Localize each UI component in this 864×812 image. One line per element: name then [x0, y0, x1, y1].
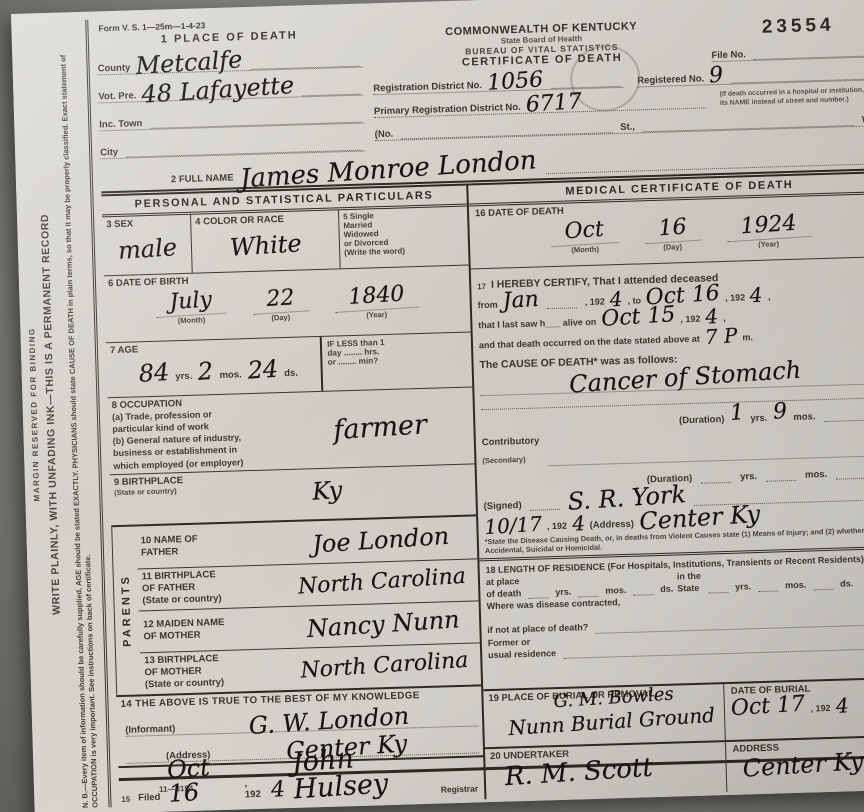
parents-vertical-label: PARENTS	[111, 526, 141, 695]
in-state-label: in the State	[677, 570, 702, 595]
year-digit: 4	[571, 513, 585, 534]
date-of-death-values: Oct (Month) 16 (Day) 1924 (Year)	[475, 211, 864, 257]
month-caption: (Month)	[178, 315, 206, 325]
date-of-birth-values: July (Month) 22 (Day) 1840 (Year)	[108, 283, 466, 328]
yrs-caption: yrs.	[175, 371, 192, 382]
certificate-form: Form V. S. 1—25m—1-4-23 1 PLACE OF DEATH…	[85, 0, 864, 807]
contributory-labels: Contributory (Secondary)	[481, 430, 540, 468]
blank-line	[813, 587, 833, 591]
primary-district-label: Primary Registration District No.	[374, 102, 521, 117]
sex-cell: 3 SEX male	[102, 215, 192, 276]
blank-line	[302, 92, 360, 97]
at-place-label: at place of death	[486, 575, 522, 600]
full-name-label: 2 FULL NAME	[171, 172, 234, 185]
year-printed: , 192	[725, 291, 745, 304]
city-label: City	[100, 147, 118, 159]
occupation-value-area: farmer	[333, 390, 471, 466]
former-residence-label: Former or usual residence	[488, 635, 557, 661]
occurred-time-value: 7 P	[704, 325, 738, 347]
filed-year-written: 4	[270, 779, 285, 802]
father-name-value: Joe London	[288, 522, 473, 558]
signed-address-label: (Address)	[590, 519, 635, 531]
birth-year-value: 1840	[333, 283, 418, 313]
age-values: 84 yrs. 2 mos. 24 ds.	[138, 356, 317, 385]
death-month-value: Oct	[550, 218, 619, 247]
birthplace-labels: 9 BIRTHPLACE (State or country)	[114, 475, 184, 523]
day-caption: (Day)	[663, 242, 682, 252]
day-caption: (Day)	[271, 313, 290, 323]
age-years-value: 84	[138, 360, 170, 386]
attended-from-value: Jan	[502, 289, 539, 313]
filed-year-printed: , 192	[244, 778, 263, 801]
year-printed: , 192	[810, 702, 830, 715]
birthplace-caption: (State or country)	[114, 486, 183, 497]
year-caption: (Year)	[758, 239, 779, 249]
father-birthplace-label: 11 BIRTHPLACE OF FATHER (State or countr…	[142, 567, 291, 607]
father-birthplace-value: North Carolina	[289, 566, 474, 600]
scanned-document: MARGIN RESERVED FOR BINDING WRITE PLAINL…	[0, 0, 864, 812]
sex-color-marital-row: 3 SEX male 4 COLOR OR RACE White 5 Singl…	[102, 207, 468, 277]
burial-place-value: Nunn Burial Ground	[508, 705, 716, 738]
occupation-labels: 8 OCCUPATION (a) Trade, profession or pa…	[111, 394, 334, 472]
age-days-value: 24	[247, 357, 279, 383]
undertaker-address-cell: ADDRESS Center Ky	[725, 736, 864, 791]
death-day-value: 16	[643, 216, 700, 245]
date-of-burial-line: Oct 17 , 192 4	[731, 692, 864, 717]
state-header-block: COMMONWEALTH OF KENTUCKY State Board of …	[372, 11, 864, 151]
street-label: St.,	[620, 122, 635, 133]
yrs-caption: yrs.	[735, 581, 751, 594]
month-caption: (Month)	[571, 245, 599, 255]
yrs-caption: yrs.	[740, 471, 757, 482]
county-label: County	[97, 62, 130, 74]
certificate-paper: MARGIN RESERVED FOR BINDING WRITE PLAINL…	[11, 0, 864, 812]
birthplace-value: Ky	[312, 478, 343, 504]
signed-date-value: 10/17	[484, 513, 543, 537]
mother-name-label: 12 MAIDEN NAME OF MOTHER	[143, 615, 292, 643]
certificate-table: PERSONAL AND STATISTICAL PARTICULARS 3 S…	[101, 168, 864, 781]
age-values-cell: 7 AGE 84 yrs. 2 mos. 24 ds.	[106, 337, 322, 397]
precinct-label: Vot. Pre.	[98, 90, 136, 102]
mos-caption: mos.	[605, 584, 626, 597]
occupation-value: farmer	[333, 412, 428, 445]
from-label: from	[478, 299, 498, 312]
father-name-label: 10 NAME OF FATHER	[140, 531, 289, 559]
year-digit: 4	[835, 695, 849, 716]
blank-line	[708, 590, 728, 594]
sex-value: male	[117, 235, 177, 263]
birthplace-value-area: Ky	[183, 474, 472, 521]
year-caption: (Year)	[366, 310, 387, 320]
marital-status-cell: 5 Single Married Widowed or Divorced (Wr…	[338, 207, 469, 269]
blank-line	[401, 130, 612, 139]
ds-caption: ds.	[840, 577, 853, 590]
hospital-instruction-note: (If death occurred in a hospital or inst…	[720, 86, 864, 108]
occupation-row: 8 OCCUPATION (a) Trade, profession or pa…	[107, 387, 474, 474]
death-month: Oct (Month)	[551, 219, 619, 255]
parents-block: PARENTS 10 NAME OF FATHER Joe London 11 …	[111, 516, 481, 697]
if-less-than-day-cell: IF LESS than 1 day ........ hrs. or ....…	[320, 332, 472, 390]
filed-date-value: Oct 16	[166, 753, 238, 805]
year-printed: , 192	[680, 313, 700, 326]
informant-label: (Informant)	[125, 723, 175, 735]
ds-caption: ds.	[284, 368, 298, 379]
filed-number: 15	[121, 794, 130, 803]
place-of-death-block: 1 PLACE OF DEATH County Metcalfe Vot. Pr…	[97, 27, 366, 160]
mother-birthplace-value: North Carolina	[292, 649, 477, 683]
signed-label: (Signed)	[484, 500, 522, 512]
color-race-value: White	[229, 231, 302, 260]
registered-no-line: Registered No. 9	[637, 60, 864, 87]
comma: ,	[768, 290, 771, 302]
duration-years-value: 1	[730, 402, 745, 425]
birth-month: July (Month)	[155, 290, 226, 326]
mos-caption: mos.	[219, 369, 242, 381]
date-of-birth-row: 6 DATE OF BIRTH July (Month) 22 (Day)	[104, 266, 471, 344]
medical-column: MEDICAL CERTIFICATE OF DEATH 16 DATE OF …	[468, 173, 864, 799]
blank-line	[126, 148, 362, 158]
duration-months-value: 9	[773, 401, 788, 424]
blank-line	[754, 53, 864, 60]
sex-label: 3 SEX	[106, 217, 186, 230]
birth-day: 22 (Day)	[252, 287, 309, 323]
file-no-label: File No.	[711, 49, 746, 61]
secondary-caption: (Secondary)	[482, 455, 526, 465]
birth-day-value: 22	[252, 286, 309, 315]
certify-block: 17 I HEREBY CERTIFY, That I attended dec…	[471, 257, 864, 561]
place-of-burial-cell: 19 PLACE OF BURIAL OR REMOVAL G. M. Bowl…	[483, 684, 725, 747]
file-number-block: 23554 File No.	[710, 11, 864, 62]
commonwealth-block: COMMONWEALTH OF KENTUCKY State Board of …	[372, 16, 712, 72]
duration-label: (Duration)	[679, 414, 725, 426]
mos-caption: mos.	[805, 469, 828, 481]
undertaker-cell: 20 UNDERTAKER R. M. Scott	[485, 742, 727, 799]
blank-line	[563, 646, 864, 659]
personal-column: PERSONAL AND STATISTICAL PARTICULARS 3 S…	[101, 185, 486, 809]
blank-line	[633, 593, 653, 597]
certify-number: 17	[477, 282, 486, 291]
ds-caption: ds.	[660, 583, 673, 596]
year-printed: , 192	[547, 520, 567, 533]
color-race-cell: 4 COLOR OR RACE White	[190, 210, 340, 272]
date-of-burial-cell: DATE OF BURIAL Oct 17 , 192 4	[724, 678, 864, 739]
filed-row: 15 Filed Oct 16 , 192 4 John Hulsey Regi…	[118, 757, 484, 810]
death-year-value: 1924	[725, 212, 810, 242]
color-race-label: 4 COLOR OR RACE	[195, 212, 334, 227]
birth-year: 1840 (Year)	[334, 284, 419, 320]
yrs-caption: yrs.	[555, 586, 571, 599]
parents-rows: 10 NAME OF FATHER Joe London 11 BIRTHPLA…	[136, 516, 481, 694]
year-digit: 4	[749, 285, 763, 306]
form-header: 1 PLACE OF DEATH County Metcalfe Vot. Pr…	[97, 11, 864, 159]
birth-month-value: July	[155, 289, 227, 318]
blank-line	[643, 123, 854, 132]
certificate-stamp-number: 23554	[710, 13, 864, 40]
registrar-label: Registrar	[441, 783, 479, 794]
registrar-signature: John Hulsey	[291, 740, 434, 803]
filed-label: Filed	[138, 792, 160, 804]
registration-district-value: 1056	[486, 69, 543, 95]
yrs-caption: yrs.	[750, 413, 767, 424]
mother-birthplace-row: 13 BIRTHPLACE OF MOTHER (State or countr…	[140, 642, 481, 694]
file-no-line: File No.	[711, 37, 864, 62]
undertaker-address-value: Center Ky	[742, 749, 864, 781]
county-line: County Metcalfe	[97, 44, 363, 76]
age-months-value: 2	[197, 359, 214, 384]
blank-line	[731, 76, 864, 84]
length-of-residence-block: 18 LENGTH OF RESIDENCE (For Hospitals, I…	[479, 549, 864, 691]
blank-line	[150, 120, 361, 129]
m-label: m.	[742, 331, 753, 343]
signed-address-value: Center Ky	[638, 502, 760, 534]
occupation-b-label: (b) General nature of industry, business…	[113, 429, 335, 472]
inc-town-line: Inc. Town	[99, 100, 365, 132]
saw-value: Oct 15	[601, 304, 676, 331]
street-no-label: (No.	[375, 129, 394, 141]
mos-caption: mos.	[793, 411, 816, 423]
comma: ,	[723, 312, 726, 324]
inc-town-label: Inc. Town	[99, 118, 142, 130]
blank-line	[758, 589, 778, 593]
mother-name-value: Nancy Nunn	[291, 606, 476, 642]
date-of-death-row: 16 DATE OF DEATH Oct (Month) 16 (Day)	[469, 194, 864, 269]
age-label: 7 AGE	[110, 339, 316, 356]
death-year: 1924 (Year)	[726, 213, 811, 249]
city-line: City	[100, 128, 366, 160]
contributory-label: Contributory	[482, 435, 540, 448]
death-day: 16 (Day)	[644, 217, 701, 253]
primary-district-value: 6717	[525, 91, 582, 117]
date-of-burial-value: Oct 17	[731, 693, 806, 720]
registered-no-label: Registered No.	[637, 73, 704, 86]
mos-caption: mos.	[785, 579, 806, 592]
blank-line	[250, 64, 359, 70]
registration-district-label: Registration District No.	[373, 80, 482, 94]
mother-birthplace-label: 13 BIRTHPLACE OF MOTHER (State or countr…	[144, 651, 293, 691]
county-value: Metcalfe	[135, 47, 243, 78]
registered-no-value: 9	[708, 65, 723, 88]
